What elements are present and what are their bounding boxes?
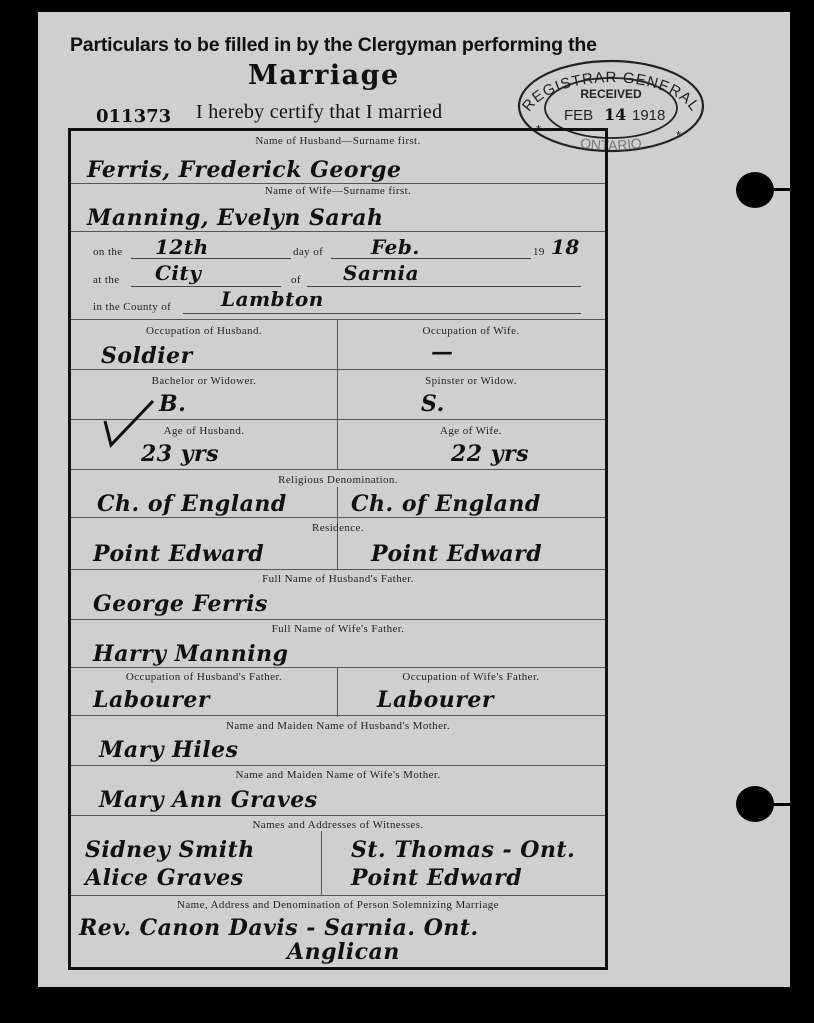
- divider: [71, 469, 605, 470]
- husband-occupation-label: Occupation of Husband.: [71, 325, 337, 337]
- county-value: Lambton: [221, 287, 324, 311]
- stamp-day: 14: [604, 105, 626, 124]
- county-label: in the County of: [93, 301, 171, 313]
- marriage-day-value: 12th: [155, 235, 209, 259]
- underline: [331, 258, 531, 259]
- wife-name-label: Name of Wife—Surname first.: [71, 185, 605, 197]
- husband-residence-value: Point Edward: [93, 541, 264, 567]
- wife-residence-value: Point Edward: [371, 541, 542, 567]
- husband-name-label: Name of Husband—Surname first.: [71, 135, 605, 147]
- husband-father-occupation-label: Occupation of Husband's Father.: [71, 671, 337, 683]
- divider: [71, 765, 605, 766]
- form-title: Marriage: [248, 60, 400, 91]
- wife-mother-label: Name and Maiden Name of Wife's Mother.: [71, 769, 605, 781]
- officiant-line-1: Rev. Canon Davis - Sarnia. Ont.: [79, 915, 479, 941]
- husband-age-value: 23 yrs: [141, 441, 219, 467]
- underline: [183, 313, 581, 314]
- religion-label: Religious Denomination.: [71, 474, 605, 486]
- stamp-year: 1918: [632, 107, 665, 124]
- divider: [71, 231, 605, 232]
- divider: [71, 319, 605, 320]
- of-label: of: [291, 274, 301, 286]
- residence-label: Residence.: [71, 522, 605, 534]
- husband-name-value: Ferris, Frederick George: [87, 157, 402, 183]
- wife-mother-value: Mary Ann Graves: [99, 787, 318, 813]
- witness-address-2: Point Edward: [351, 865, 522, 891]
- husband-status-value: B.: [159, 391, 186, 417]
- divider: [71, 183, 605, 184]
- binder-hole-top-slot: [770, 188, 790, 191]
- binder-hole-bottom: [736, 786, 774, 822]
- wife-status-label: Spinster or Widow.: [337, 375, 605, 387]
- husband-religion-value: Ch. of England: [97, 491, 287, 517]
- wife-age-value: 22 yrs: [451, 441, 529, 467]
- husband-mother-value: Mary Hiles: [99, 737, 239, 763]
- wife-father-label: Full Name of Wife's Father.: [71, 623, 605, 635]
- wife-father-occupation-label: Occupation of Wife's Father.: [337, 671, 605, 683]
- binder-hole-top: [736, 172, 774, 208]
- divider: [71, 715, 605, 716]
- divider: [71, 569, 605, 570]
- on-the-label: on the: [93, 246, 123, 258]
- divider: [71, 369, 605, 370]
- form-heading: Particulars to be filled in by the Clerg…: [70, 34, 630, 57]
- divider: [71, 815, 605, 816]
- place-type-value: City: [155, 261, 201, 285]
- stamp-received-label: RECEIVED: [580, 87, 642, 101]
- wife-father-value: Harry Manning: [93, 641, 289, 667]
- officiant-label: Name, Address and Denomination of Person…: [71, 899, 605, 911]
- place-name-value: Sarnia: [343, 261, 419, 285]
- underline: [307, 286, 581, 287]
- husband-status-label: Bachelor or Widower.: [71, 375, 337, 387]
- husband-age-label: Age of Husband.: [71, 425, 337, 437]
- serial-number: 011373: [96, 106, 171, 127]
- divider: [71, 895, 605, 896]
- wife-age-label: Age of Wife.: [337, 425, 605, 437]
- wife-father-occupation-value: Labourer: [377, 687, 494, 713]
- divider: [71, 667, 605, 668]
- officiant-line-2: Anglican: [287, 939, 400, 965]
- wife-religion-value: Ch. of England: [351, 491, 541, 517]
- husband-mother-label: Name and Maiden Name of Husband's Mother…: [71, 720, 605, 732]
- certify-statement: I hereby certify that I married: [196, 101, 442, 124]
- marriage-form: Name of Husband—Surname first. Ferris, F…: [68, 128, 608, 970]
- day-of-label: day of: [293, 246, 323, 258]
- year-prefix: 19: [533, 246, 545, 258]
- marriage-month-value: Feb.: [371, 235, 420, 259]
- binder-hole-bottom-slot: [770, 803, 790, 806]
- wife-occupation-label: Occupation of Wife.: [337, 325, 605, 337]
- divider: [71, 517, 605, 518]
- witness-name-1: Sidney Smith: [85, 837, 255, 863]
- husband-occupation-value: Soldier: [101, 343, 193, 369]
- husband-father-value: George Ferris: [93, 591, 268, 617]
- wife-name-value: Manning, Evelyn Sarah: [87, 205, 383, 231]
- wife-status-value: S.: [421, 391, 445, 417]
- witnesses-label: Names and Addresses of Witnesses.: [71, 819, 605, 831]
- husband-father-occupation-value: Labourer: [93, 687, 210, 713]
- divider: [71, 619, 605, 620]
- at-the-label: at the: [93, 274, 120, 286]
- stamp-month: FEB: [564, 107, 593, 124]
- wife-occupation-value: —: [431, 339, 454, 365]
- witness-name-2: Alice Graves: [85, 865, 244, 891]
- stamp-star-right: *: [676, 128, 681, 143]
- husband-father-label: Full Name of Husband's Father.: [71, 573, 605, 585]
- marriage-year-value: 18: [551, 235, 580, 259]
- column-divider: [337, 319, 338, 469]
- column-divider: [321, 831, 322, 895]
- witness-address-1: St. Thomas - Ont.: [351, 837, 575, 863]
